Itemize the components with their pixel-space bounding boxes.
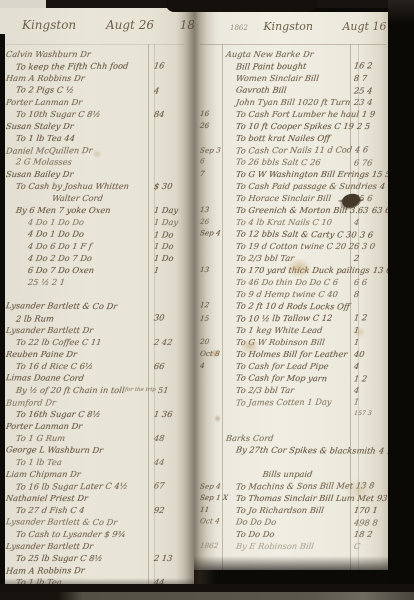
book-edge-left bbox=[0, 34, 5, 592]
entry-text: To Cash Paid passage & Sundries bbox=[223, 180, 377, 192]
ledger-entry: 6 Do 7 Do Oxen 1 bbox=[4, 264, 188, 276]
ledger-entry: Susan Bailey Dr bbox=[4, 168, 188, 180]
entry-text: To G W Robinson Bill bbox=[223, 336, 351, 348]
entry-amount: 1 bbox=[350, 324, 384, 336]
entry-amount: 4 6 bbox=[352, 143, 386, 155]
ledger-entry: To 46 Do thin Do Do C 6 6 6 bbox=[200, 276, 384, 288]
ledger-entry: 13 To 170 yard thick Duck pailings 13 6 bbox=[200, 264, 384, 276]
entry-amount: 498 8 bbox=[350, 516, 385, 528]
entry-amount: 1 Do bbox=[150, 228, 189, 240]
entry-amount: 1 2 bbox=[350, 372, 385, 384]
page-left: Kingston Augt 26 1862 Calvin Washburn Dr… bbox=[0, 6, 194, 588]
entry-text: To 12 bbls Salt & Carty C 30 bbox=[223, 227, 357, 240]
entry-amount: 1 Day bbox=[150, 204, 188, 216]
entry-amount: 63 6 bbox=[368, 204, 388, 216]
entry-text: To Do Do bbox=[223, 528, 351, 540]
ledger-entry: To keep the Fifth Chh food 16 bbox=[4, 59, 188, 73]
entry-date: 16 bbox=[199, 108, 224, 120]
ledger-entry: 11 To Jo Richardson Bill 170 1 bbox=[200, 504, 384, 516]
ledger-entry: 13 To Greenich & Morton Bill 3.63 63 6 bbox=[200, 204, 384, 216]
entry-text: To James Cotten 1 Day bbox=[223, 395, 351, 408]
ledger-entry: To 2/3 bbl Tar 4 bbox=[200, 384, 384, 396]
entry-text: To 46 Do thin Do Do C 6 bbox=[223, 276, 351, 288]
entry-amount: 2 42 bbox=[150, 336, 188, 348]
entry-amount: 6 6 bbox=[350, 276, 384, 288]
entry-date: 6 bbox=[199, 155, 225, 167]
entry-date: 7 bbox=[199, 168, 224, 180]
entry-date: Sep 4 bbox=[199, 481, 224, 493]
entry-text: Susan Bailey Dr bbox=[3, 168, 151, 180]
entry-text: To 170 yard thick Duck pailings bbox=[223, 264, 370, 276]
entry-text: To Thomas Sinclair Bill Lum Met bbox=[223, 492, 375, 504]
ledger-entry: By ½ of 20 ft Chain in toll for the trip… bbox=[4, 384, 188, 396]
entry-text: To keep the Fifth Chh food bbox=[3, 60, 151, 73]
ledger-entry: Calvin Washburn Dr bbox=[4, 48, 188, 60]
ledger-entry: To Cash by Joshua Whitten $ 30 bbox=[4, 180, 188, 192]
entry-text: Do Do Do bbox=[223, 515, 352, 528]
ledger-entry bbox=[200, 456, 384, 468]
ledger-entry: Limas Doane Cord bbox=[4, 371, 188, 384]
entry-text: 4 Do 6 Do 1 F f bbox=[3, 240, 151, 252]
entry-amount: 1 bbox=[150, 264, 188, 276]
entry-amount: 1 Day bbox=[150, 216, 188, 228]
ledger-entry: 2 lb Rum 30 bbox=[4, 311, 188, 325]
entry-amount: 15 5 bbox=[368, 168, 388, 180]
book-edge-top-blob bbox=[166, 0, 318, 12]
entry-amount: 67 bbox=[150, 479, 188, 491]
entry-amount: 4 bbox=[350, 216, 384, 228]
ledger-entry: Ham A Robbins Dr bbox=[4, 563, 188, 577]
entry-text: Porter Lanman Dr bbox=[3, 96, 151, 108]
ledger-entry: To 16 lb Sugar Later C 4½ 67 bbox=[4, 479, 188, 493]
entry-text: To bott krat Nailes Off bbox=[223, 132, 351, 144]
entry-amount: 2 5 bbox=[353, 120, 387, 132]
entry-text: To 10 ½ lb Tallow C 12 bbox=[223, 311, 351, 324]
ledger-entry: 4 Do 1 Do Do 1 Day bbox=[4, 216, 188, 228]
top-left-corner bbox=[0, 0, 46, 8]
header-year: 1862 bbox=[180, 18, 194, 32]
entry-text: To 27 d Fish C 4 bbox=[3, 504, 151, 516]
ledger-entry: To 16 d Rice C 6½ 66 bbox=[4, 360, 188, 372]
ledger-entry: Nathaniel Priest Dr bbox=[4, 492, 188, 504]
entry-text: To 26 bbls Salt C 26 bbox=[223, 155, 352, 168]
entry-text: To 4 lb Krat Nails C 10 bbox=[223, 216, 351, 228]
entry-text: By 27th Cor Spikes & blacksmith bbox=[223, 443, 376, 456]
entry-amount: 40 bbox=[350, 348, 384, 360]
ledger-entry: To 1 lb Tea 44 bbox=[4, 132, 188, 144]
ledger-entries-left: Calvin Washburn Dr To keep the Fifth Chh… bbox=[4, 48, 188, 588]
entry-amount: 4 bbox=[150, 84, 189, 96]
entry-text: To 25 lb Sugar C 8½ bbox=[3, 552, 151, 564]
entry-amount: 93 9 bbox=[373, 492, 388, 504]
entry-text: To 16 lb Sugar Later C 4½ bbox=[3, 480, 151, 493]
entry-date: 15 bbox=[199, 313, 224, 325]
entry-note: for the trip bbox=[124, 384, 156, 396]
entry-text: Susan Staley Dr bbox=[3, 120, 151, 132]
ledger-entry: Augta New Barke Dr bbox=[200, 48, 384, 60]
ledger-entry: 16 To Cash Fort Lumber he haul 1 9 bbox=[200, 108, 384, 120]
entry-text: By 6 Men 7 yoke Oxen bbox=[3, 204, 151, 216]
entry-text: Bill Paint bought bbox=[223, 59, 351, 72]
ledger-entry: Porter Lanman Dr bbox=[4, 420, 188, 432]
ledger-entry: 4 Do 1 Do Do 1 Do bbox=[4, 227, 188, 240]
entry-amount: 4 bbox=[350, 384, 384, 396]
entry-text: Augta New Barke Dr bbox=[223, 48, 351, 60]
entry-date: 13 bbox=[199, 264, 224, 276]
entry-amount: 8 bbox=[350, 288, 384, 300]
ledger-entry: Ham A Robbins Dr bbox=[4, 72, 188, 84]
entry-text: Reuben Paine Dr bbox=[3, 348, 151, 360]
entry-text: Walter Cord bbox=[3, 192, 151, 204]
ledger-entry: 4 To Cash for Lead Pipe 4 bbox=[200, 360, 384, 372]
ledger-entry: Gavroth Bill 25 4 bbox=[200, 83, 384, 96]
ledger-entry: Bumford Dr bbox=[4, 395, 188, 409]
entry-amount: 1 36 bbox=[150, 408, 188, 420]
entry-amount: 3 0 bbox=[359, 240, 388, 252]
entry-amount: 8 7 bbox=[350, 72, 384, 84]
entry-text: Bills unpaid bbox=[223, 468, 351, 480]
ledger-entry: Lysander Bartlett & Co Dr bbox=[4, 515, 188, 528]
entry-amount: 1 2 bbox=[350, 311, 384, 323]
entry-date: 1862 bbox=[199, 540, 224, 552]
entry-date: Oct 8 bbox=[199, 348, 224, 360]
entry-text: 4 Do 1 Do Do bbox=[3, 216, 151, 228]
entry-amount: 66 bbox=[150, 360, 188, 372]
ledger-entry: To 27 d Fish C 4 92 bbox=[4, 504, 188, 516]
entry-text: To 1 G Rum bbox=[3, 432, 151, 444]
entry-text: To 22 lb Coffee C 11 bbox=[3, 336, 151, 348]
entry-amount: 13 8 bbox=[353, 479, 387, 491]
entry-amount: $ 30 bbox=[150, 180, 188, 192]
entry-text: By E Robinson Bill bbox=[223, 540, 351, 552]
entry-amount: 48 bbox=[150, 432, 188, 444]
header-year-small: 1862 bbox=[230, 24, 248, 32]
entry-text: To 2 Pigs C ½ bbox=[3, 83, 152, 96]
ledger-entry: Sep 4 To 12 bbls Salt & Carty C 30 3 6 bbox=[200, 227, 384, 240]
ledger-entry: Sep 4 To Machins & Sons Bill Met 13 8 bbox=[200, 479, 384, 493]
entry-amount: 2 bbox=[350, 252, 384, 264]
entry-text: 4 Do 2 Do 7 Do bbox=[3, 252, 151, 264]
entry-amount: 16 2 bbox=[350, 59, 384, 71]
entry-date: 11 bbox=[199, 504, 224, 516]
ledger-entry: 4 Do 6 Do 1 F f 1 Do bbox=[4, 240, 188, 252]
entry-text: Lysander Bartlett Dr bbox=[3, 540, 151, 552]
entry-amount: 170 1 bbox=[350, 504, 384, 516]
ledger-entry: 20 To G W Robinson Bill 1 bbox=[200, 336, 384, 348]
entry-date: 20 bbox=[199, 336, 224, 348]
entry-date: 4 bbox=[199, 360, 224, 372]
ledger-entry: 7 To G W Washington Bill Errings 15 5 bbox=[200, 168, 384, 180]
entry-amount: 13 6 bbox=[369, 264, 388, 276]
entry-text: To 19 d Cotton twine C 20 26 bbox=[223, 240, 360, 252]
ledger-entry: To 1 lb Tea 44 bbox=[4, 456, 188, 468]
ledger-entry: To Cash for Mop yarn 1 2 bbox=[200, 371, 384, 384]
ledger-entry: To 9 d Hemp twine C 40 8 bbox=[200, 288, 384, 300]
entry-text: Liam Chipman Dr bbox=[3, 468, 151, 480]
entry-amount: 16 bbox=[150, 59, 188, 71]
entry-text: To Cash for Lead Pipe bbox=[223, 360, 351, 372]
header-date: Augt 26 bbox=[106, 18, 154, 32]
entry-text: Ham A Robbins Dr bbox=[3, 564, 151, 577]
entry-text: Barks Cord bbox=[223, 432, 351, 444]
ledger-entry: To Cash Paid passage & Sundries 4 6 bbox=[200, 180, 384, 192]
ledger-entry: To bott krat Nailes Off bbox=[200, 132, 384, 144]
ledger-entry: John Tyan Bill 1020 ft Turn 23 4 bbox=[200, 96, 384, 108]
entry-text: Calvin Washburn Dr bbox=[3, 48, 151, 60]
ledger-entry bbox=[200, 420, 384, 432]
ledger-entry: To James Cotten 1 Day 1 bbox=[200, 395, 384, 409]
ledger-entry: To 2/3 bbl Tar 2 bbox=[200, 252, 384, 264]
entry-amount: 44 bbox=[150, 456, 188, 468]
entry-text: To G W Washington Bill Errings bbox=[223, 168, 370, 180]
entry-text: Lysander Bartlett & Co Dr bbox=[3, 299, 152, 312]
entry-text: By ½ of 20 ft Chain in toll bbox=[3, 384, 125, 396]
entry-amount: 84 bbox=[150, 108, 188, 120]
page-right: 1862 Kingston Augt 16 1862 365 Augta New… bbox=[194, 12, 388, 570]
entry-text: Porter Lanman Dr bbox=[3, 420, 151, 432]
entry-amount: 1 Do bbox=[150, 240, 188, 252]
ledger-entry: Oct 8 To Holmes Bill for Leather 40 bbox=[200, 348, 384, 360]
ledger-entry: 1862 By E Robinson Bill C bbox=[200, 540, 384, 552]
entry-text: Lysander Bartlett & Co Dr bbox=[3, 515, 152, 528]
ledger-entry: 2 G Molasses bbox=[4, 155, 188, 168]
place-name: Kingston bbox=[22, 18, 76, 32]
ledger-entry: 25 ½ 2 1 bbox=[4, 276, 188, 288]
place-name: Kingston bbox=[263, 20, 313, 33]
entry-amount: 4 bbox=[350, 360, 384, 372]
entry-text: 25 ½ 2 1 bbox=[3, 276, 151, 288]
entry-text: To Machins & Sons Bill Met bbox=[223, 479, 354, 492]
entry-text: Lysander Bartlett Dr bbox=[3, 324, 151, 336]
page-header: 1862 Kingston Augt 16 1862 365 bbox=[200, 20, 388, 33]
entry-amount: 18 2 bbox=[350, 528, 384, 540]
ledger-entry: By 6 Men 7 yoke Oxen 1 Day bbox=[4, 204, 188, 216]
entry-amount: 51 bbox=[154, 384, 192, 396]
entry-amount: 3 6 bbox=[356, 229, 388, 241]
entry-date: 26 bbox=[199, 120, 224, 132]
entry-text: To 16th Sugar C 8½ bbox=[3, 408, 151, 420]
book-edge-right bbox=[388, 0, 414, 600]
entry-amount: 1 bbox=[350, 336, 384, 348]
entry-amount: 30 bbox=[150, 311, 188, 323]
entry-text: To 2/3 bbl Tar bbox=[223, 384, 351, 396]
entry-amount: 1 9 bbox=[358, 108, 388, 120]
ledger-entry: George L Washburn Dr bbox=[4, 443, 188, 456]
entry-amount: 1 Do bbox=[150, 252, 188, 264]
entry-date: Sep 1 X bbox=[199, 492, 224, 504]
entry-text: To 2/3 bbl Tar bbox=[223, 252, 351, 264]
ledger-entry bbox=[4, 288, 188, 300]
ledger-entry: To 10th Sugar C 8½ 84 bbox=[4, 108, 188, 120]
ledger-entry: Liam Chipman Dr bbox=[4, 468, 188, 480]
ledger-entry: Porter Lanman Dr bbox=[4, 96, 188, 108]
entry-text: To 10 ft Cooper Spikes C 19 bbox=[223, 120, 354, 132]
entry-text: 2 lb Rum bbox=[3, 312, 151, 325]
ledger-entry: To 25 lb Sugar C 8½ 2 13 bbox=[4, 552, 188, 564]
ledger-entry: To 1 G Rum 48 bbox=[4, 432, 188, 444]
ledger-entry: Reuben Paine Dr bbox=[4, 348, 188, 360]
table-surface-bottom bbox=[0, 592, 414, 600]
ledger-entry: 15 To 10 ½ lb Tallow C 12 1 2 bbox=[200, 311, 384, 325]
entry-text: To 9 d Hemp twine C 40 bbox=[223, 288, 351, 300]
ledger-entry: To 2 Pigs C ½ 4 bbox=[4, 83, 188, 96]
entry-text: George L Washburn Dr bbox=[3, 443, 152, 456]
header-rule bbox=[6, 44, 184, 45]
entry-amount: 92 bbox=[150, 504, 188, 516]
entry-date: 12 bbox=[199, 299, 225, 311]
entry-amount: 23 4 bbox=[350, 96, 384, 108]
ledger-entry: By 27th Cor Spikes & blacksmith 4 1 bbox=[200, 443, 384, 456]
entry-text: John Tyan Bill 1020 ft Turn bbox=[223, 96, 351, 108]
entry-text: To Cash for Mop yarn bbox=[223, 371, 352, 384]
entry-text: Bumford Dr bbox=[3, 396, 151, 409]
ledger-entry: Women Sinclair Bill 8 7 bbox=[200, 72, 384, 84]
ledger-entry: 4 Do 2 Do 7 Do 1 Do bbox=[4, 252, 188, 264]
entry-text: Gavroth Bill bbox=[223, 83, 352, 96]
entry-text: Limas Doane Cord bbox=[3, 371, 152, 384]
ledger-entry: 157 3 bbox=[200, 408, 384, 420]
entry-text: To 1 lb Tea bbox=[3, 456, 151, 468]
entry-date: Sep 4 bbox=[199, 227, 225, 239]
ledger-entries-right: Augta New Barke Dr Bill Paint bought 16 … bbox=[200, 48, 384, 552]
entry-text: To 16 d Rice C 6½ bbox=[3, 360, 151, 372]
ledger-entry: Oct 4 Do Do Do 498 8 bbox=[200, 515, 384, 528]
entry-amount: 4 6 bbox=[376, 180, 388, 192]
ledger-entry: Susan Staley Dr bbox=[4, 120, 188, 132]
entry-text: To 10th Sugar C 8½ bbox=[3, 108, 151, 120]
entry-text: Nathaniel Priest Dr bbox=[3, 492, 151, 504]
entry-text: Women Sinclair Bill bbox=[223, 72, 351, 84]
ledger-entry: To 22 lb Coffee C 11 2 42 bbox=[4, 336, 188, 348]
entry-text: To 2 ft 10 d Rods Locks Off bbox=[223, 299, 352, 312]
entry-text: To Holmes Bill for Leather bbox=[223, 348, 351, 360]
entry-text: 6 Do 7 Do Oxen bbox=[3, 264, 151, 276]
ledger-entry: 26 To 10 ft Cooper Spikes C 19 2 5 bbox=[200, 120, 384, 132]
ledger-entry: To Cash to Lysander $ 9¾ bbox=[4, 528, 188, 540]
entry-text: To Cash to Lysander $ 9¾ bbox=[3, 528, 151, 540]
ledger-book-photo: Kingston Augt 26 1862 Calvin Washburn Dr… bbox=[0, 0, 414, 600]
entry-amount: 6 76 bbox=[350, 156, 385, 168]
entry-date: 13 bbox=[199, 204, 224, 216]
ledger-entry: To 1 keg White Lead 1 bbox=[200, 324, 384, 336]
page-header: Kingston Augt 26 1862 bbox=[22, 18, 194, 32]
entry-amount: 25 4 bbox=[350, 84, 385, 96]
entry-text: To Cash by Joshua Whitten bbox=[3, 180, 151, 192]
entry-amount: 157 3 bbox=[350, 408, 384, 420]
ledger-entry: Sep 1 X To Thomas Sinclair Bill Lum Met … bbox=[200, 492, 384, 504]
ledger-entry: Bills unpaid bbox=[200, 468, 384, 480]
entry-amount: C bbox=[350, 540, 384, 552]
header-date: Augt 16 1862 bbox=[342, 20, 388, 33]
entry-text: 4 Do 1 Do Do bbox=[3, 227, 152, 240]
ledger-entry: To 19 d Cotton twine C 20 26 3 0 bbox=[200, 240, 384, 252]
ledger-entry: Bill Paint bought 16 2 bbox=[200, 59, 384, 73]
entry-amount: 1 bbox=[350, 395, 384, 407]
entry-date: Oct 4 bbox=[199, 515, 225, 527]
entry-text: To Horace Sinclair Bill bbox=[223, 192, 351, 204]
entry-date: 26 bbox=[199, 216, 224, 228]
ledger-entry: Barks Cord bbox=[200, 432, 384, 444]
ledger-entry: Walter Cord bbox=[4, 192, 188, 204]
entry-text: To 1 lb Tea 44 bbox=[3, 132, 151, 144]
ledger-entry: 6 To 26 bbls Salt C 26 6 76 bbox=[200, 155, 384, 168]
ledger-entry: Lysander Bartlett Dr bbox=[4, 324, 188, 336]
ledger-entry: 26 To 4 lb Krat Nails C 10 4 bbox=[200, 216, 384, 228]
entry-text: To 1 keg White Lead bbox=[223, 324, 351, 336]
entry-text: 2 G Molasses bbox=[3, 155, 152, 168]
ledger-entry: To Do Do 18 2 bbox=[200, 528, 384, 540]
ledger-entry: To 16th Sugar C 8½ 1 36 bbox=[4, 408, 188, 420]
entry-amount: 2 13 bbox=[150, 552, 188, 564]
entry-text: Ham A Robbins Dr bbox=[3, 72, 151, 84]
ledger-entry: Lysander Bartlett Dr bbox=[4, 540, 188, 552]
entry-text: To Jo Richardson Bill bbox=[223, 504, 351, 516]
entry-text: To Cash Fort Lumber he haul bbox=[223, 108, 359, 120]
